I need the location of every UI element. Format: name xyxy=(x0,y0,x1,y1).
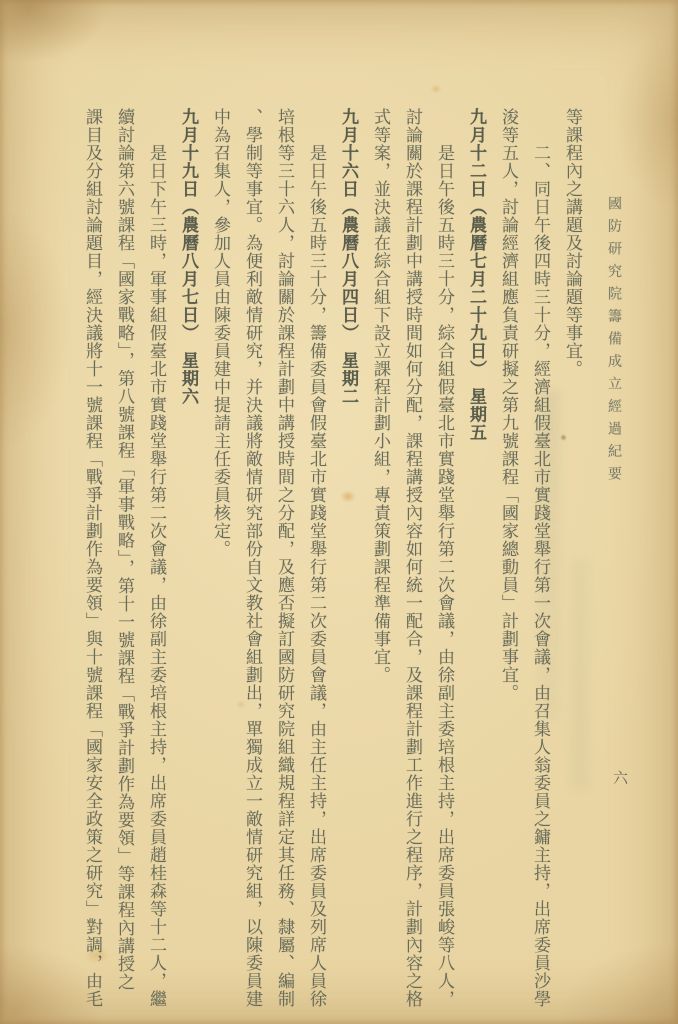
margin-title: 國防研究院籌備成立經過紀要 xyxy=(603,196,623,489)
date-heading: 九月十六日（農曆八月四日） 星期二 xyxy=(332,108,364,1008)
page-number: 六 xyxy=(609,770,630,785)
paper-stain xyxy=(430,84,442,94)
body-paragraph: 是日下午三時，軍事組假臺北市實踐堂舉行第二次會議，由徐副主委培根主持，出席委員趙… xyxy=(76,108,172,1008)
document-page: 國防研究院籌備成立經過紀要 等課程內之講題及討論題等事宜。二、同日午後四時三十分… xyxy=(0,0,678,1024)
body-paragraph: 是日午後五時三十分，籌備委員會假臺北市實踐堂舉行第二次委員會議，由主任主持，出席… xyxy=(204,108,332,1008)
date-heading: 九月十二日（農曆七月二十九日） 星期五 xyxy=(460,108,492,1008)
body-paragraph: 是日午後五時三十分，綜合組假臺北市實踐堂舉行第二次會議，由徐副主委培根主持，出席… xyxy=(364,108,460,1008)
date-heading: 九月十九日（農曆八月七日） 星期六 xyxy=(172,108,204,1008)
body-paragraph: 二、同日午後四時三十分，經濟組假臺北市實踐堂舉行第一次會議，由召集人翁委員之鏞主… xyxy=(492,108,556,1008)
body-paragraph: 等課程內之講題及討論題等事宜。 xyxy=(556,108,588,1008)
document-content: 等課程內之講題及討論題等事宜。二、同日午後四時三十分，經濟組假臺北市實踐堂舉行第… xyxy=(76,108,588,1008)
